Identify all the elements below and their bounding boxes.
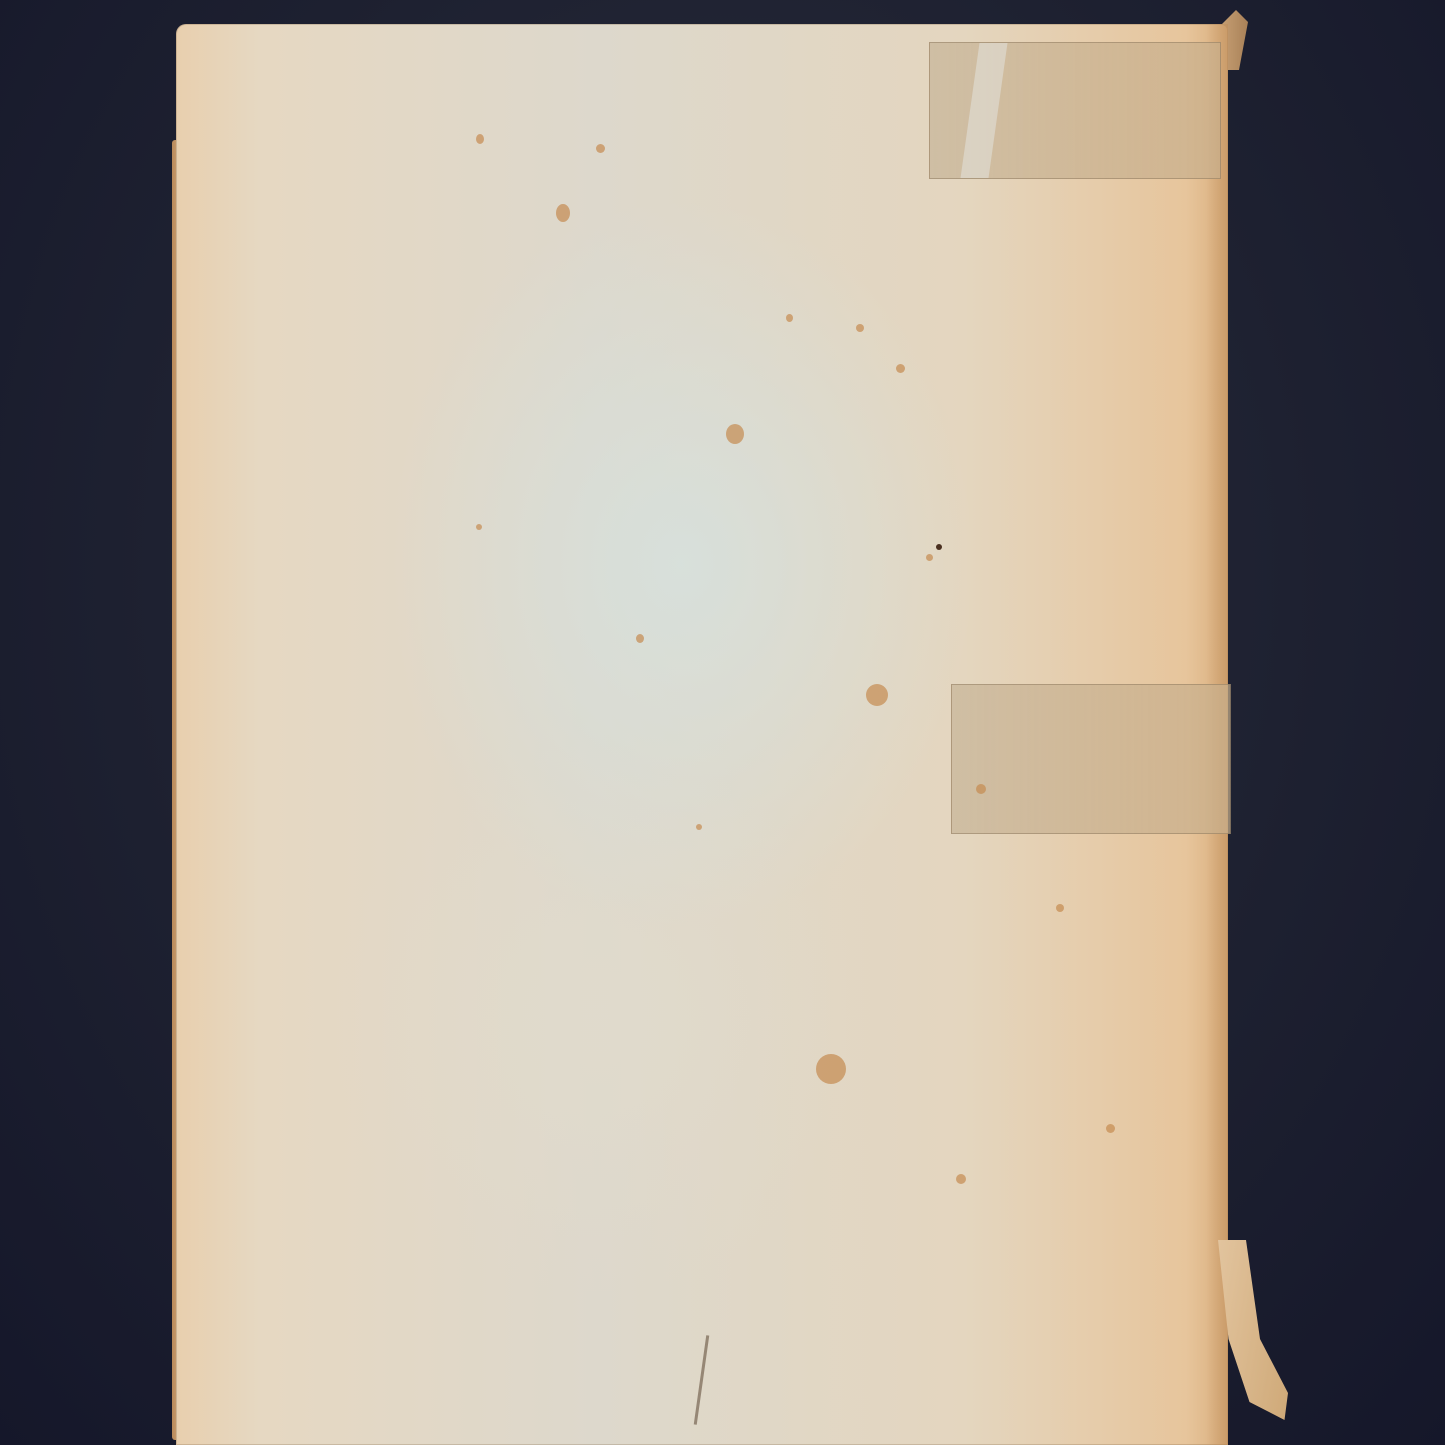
- foxing-spot: [1056, 904, 1064, 912]
- tape-strip-middle: [951, 684, 1231, 834]
- foxing-spot: [956, 1174, 966, 1184]
- foxing-spot: [556, 204, 570, 222]
- foxing-spot: [936, 544, 942, 550]
- book-back-cover: [176, 24, 1228, 1445]
- foxing-spot: [926, 554, 933, 561]
- foxing-spot: [856, 324, 864, 332]
- foxing-spot: [476, 134, 484, 144]
- foxing-spot: [866, 684, 888, 706]
- foxing-spot: [636, 634, 644, 643]
- foxing-spot: [696, 824, 702, 830]
- foxing-spot: [786, 314, 793, 322]
- foxing-spot: [726, 424, 744, 444]
- foxing-spot: [816, 1054, 846, 1084]
- foxing-spot: [476, 524, 482, 530]
- foxing-spot: [596, 144, 605, 153]
- foxing-spot: [1106, 1124, 1115, 1133]
- tape-strip-top: [929, 42, 1221, 179]
- peeling-spine-flap: [1218, 1240, 1288, 1420]
- foxing-spot: [896, 364, 905, 373]
- foxing-spot: [976, 784, 986, 794]
